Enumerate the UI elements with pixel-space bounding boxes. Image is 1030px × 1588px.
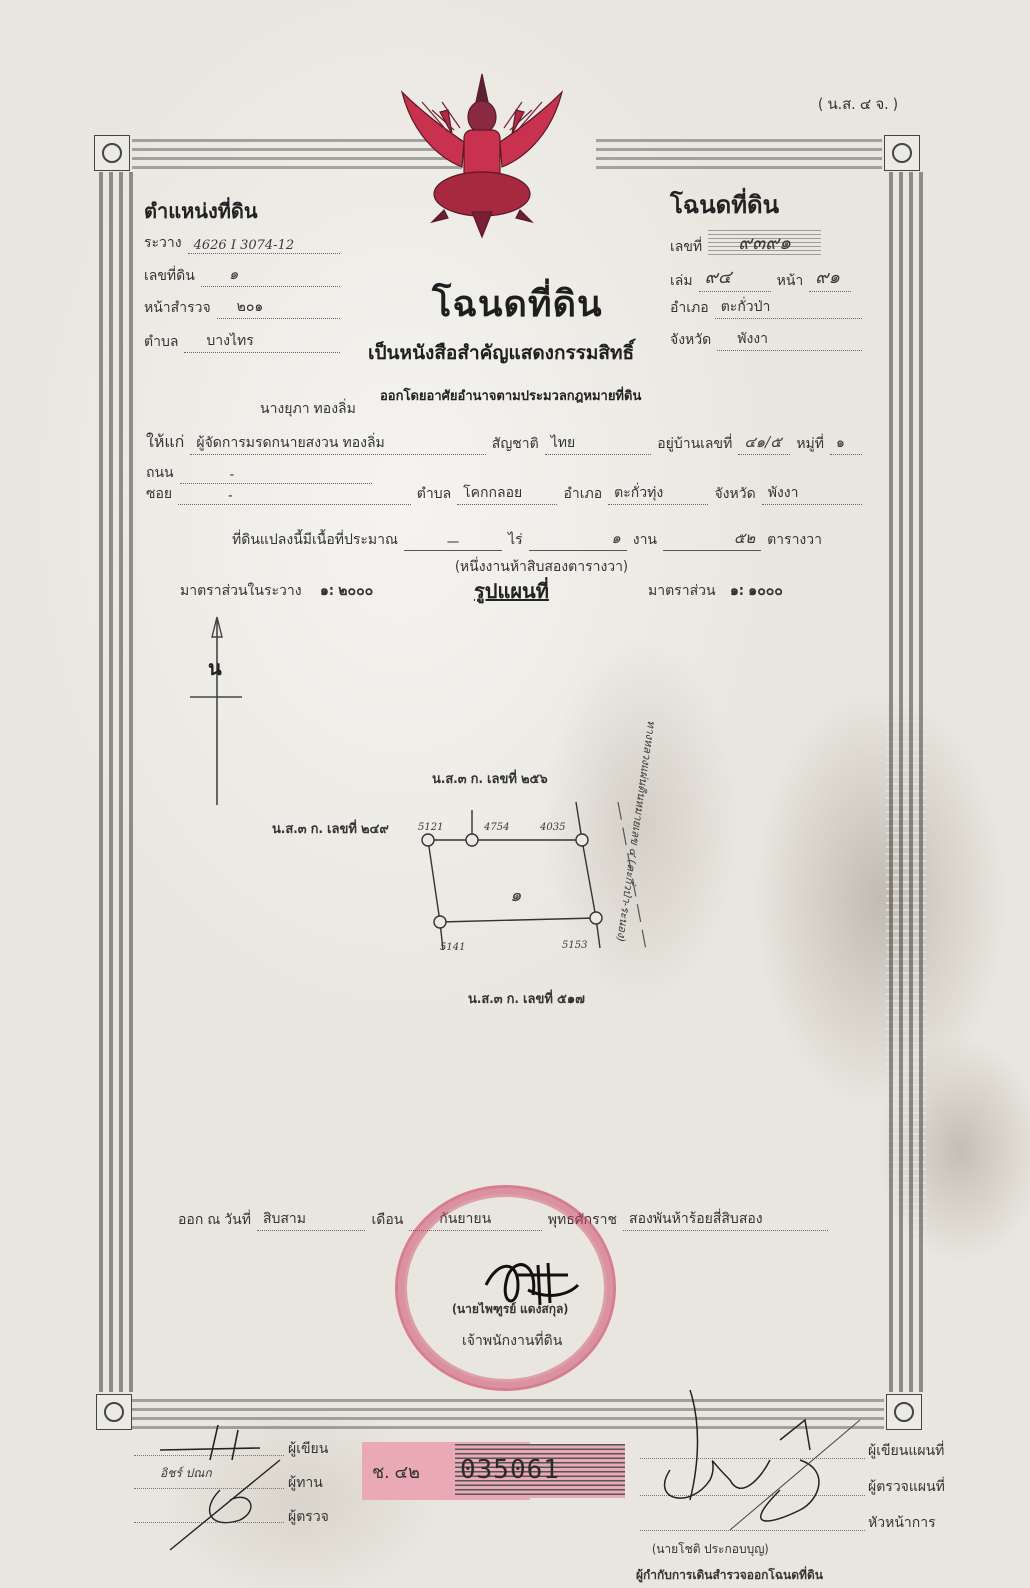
document-subtitle: เป็นหนังสือสำคัญแสดงกรรมสิทธิ์ xyxy=(368,338,634,368)
moo-value: ๑ xyxy=(830,432,862,455)
corner-ornament-bottom-right xyxy=(886,1394,922,1430)
issue-year: สองพันห้าร้อยสี่สิบสอง xyxy=(623,1208,828,1231)
field-volume-page: เล่ม ๙๔ หน้า ๙๑ xyxy=(670,262,862,292)
prior-owner-name: นางยุภา ทองลิ่ม xyxy=(260,398,356,420)
issue-day: สิบสาม xyxy=(257,1208,365,1231)
rai-value: — xyxy=(404,534,502,551)
corner-ornament-bottom-left xyxy=(96,1394,132,1430)
officer-title: เจ้าพนักงานที่ดิน xyxy=(462,1330,562,1352)
border-left xyxy=(96,172,136,1392)
tambon-value: โคกกลอย xyxy=(457,482,557,505)
scale-sheet-label: มาตราส่วนในระวาง xyxy=(180,580,302,602)
right-signatures xyxy=(630,1360,870,1550)
border-right xyxy=(886,172,926,1392)
scale-sheet-value: ๑: ๒๐๐๐ xyxy=(320,580,373,602)
marker-5121: 5121 xyxy=(418,822,443,833)
tambon-top-value: บางไทร xyxy=(184,330,340,353)
neighbor-north: น.ส.๓ ก. เลขที่ ๒๕๖ xyxy=(432,768,548,789)
ngan-value: ๑ xyxy=(529,526,627,551)
sig-label-map-checker: ผู้ตรวจแผนที่ xyxy=(868,1476,945,1498)
marker-4035: 4035 xyxy=(540,822,565,833)
survey-page-value: ๒๐๑ xyxy=(217,296,340,319)
land-location-heading: ตำแหน่งที่ดิน xyxy=(144,195,258,227)
map-chief-title: ผู้กำกับการเดินสำรวจออกโฉนดที่ดิน xyxy=(636,1566,823,1585)
marker-4754: 4754 xyxy=(484,822,509,833)
road-row: ถนน - xyxy=(146,462,372,484)
owner-name: ผู้จัดการมรดกนายสงวน ทองลิ่ม xyxy=(190,432,485,455)
left-signatures xyxy=(140,1420,300,1560)
road-edge-line xyxy=(616,800,656,1000)
border-top-right xyxy=(596,136,882,172)
form-code: ( น.ส. ๔ จ. ) xyxy=(818,92,898,116)
volume-value: ๙๔ xyxy=(699,262,771,292)
north-label: น xyxy=(208,652,222,684)
corner-ornament-top-right xyxy=(884,135,920,171)
amphoe-top-value: ตะกั่วป่า xyxy=(715,296,862,319)
field-map-sheet: ระวาง 4626 I 3074-12 xyxy=(144,232,340,254)
scale-value: ๑: ๑๐๐๐ xyxy=(730,580,783,602)
garuda-emblem-icon xyxy=(392,72,572,242)
field-parcel-number: เลขที่ดิน ๑ xyxy=(144,262,340,287)
map-heading: รูปแผนที่ xyxy=(474,575,549,607)
field-tambon-top: ตำบล บางไทร xyxy=(144,330,340,353)
area-row: ที่ดินแปลงนี้มีเนื้อที่ประมาณ — ไร่ ๑ งา… xyxy=(232,526,822,551)
map-sheet-value: 4626 I 3074-12 xyxy=(188,238,340,254)
deed-number-value: ๙๓๙๑ xyxy=(708,228,821,258)
field-province-top: จังหวัด พังงา xyxy=(670,328,862,351)
neighbor-south: น.ส.๓ ก. เลขที่ ๕๑๗ xyxy=(468,988,585,1009)
field-survey-page: หน้าสำรวจ ๒๐๑ xyxy=(144,296,340,319)
house-number-value: ๔๑/๕ xyxy=(738,430,790,455)
parcel-number-value: ๑ xyxy=(201,262,340,287)
document-title: โฉนดที่ดิน xyxy=(432,275,603,332)
serial-prefix: ช. ๔๒ xyxy=(372,1457,420,1486)
map-chief-name: (นายโชติ ประกอบบุญ) xyxy=(652,1540,769,1559)
page-value: ๙๑ xyxy=(809,262,851,292)
issued-by-text: ออกโดยอาศัยอำนาจตามประมวลกฎหมายที่ดิน xyxy=(380,385,641,406)
officer-name: (นายไพฑูรย์ แดงสกุล) xyxy=(452,1300,568,1319)
nationality-value: ไทย xyxy=(545,432,651,455)
province-value: พังงา xyxy=(762,482,862,505)
neighbor-west: น.ส.๓ ก. เลขที่ ๒๔๙ xyxy=(272,818,389,839)
marker-5141: 5141 xyxy=(440,942,465,953)
owner-row: ให้แก่ ผู้จัดการมรดกนายสงวน ทองลิ่ม สัญช… xyxy=(146,430,862,455)
address-row: ซอย - ตำบล โคกกลอย อำเภอ ตะกั่วทุ่ง จังห… xyxy=(146,482,862,505)
soi-value: - xyxy=(178,488,411,505)
sq-wa-value: ๕๒ xyxy=(663,526,761,551)
sig-label-map-writer: ผู้เขียนแผนที่ xyxy=(868,1440,944,1462)
north-arrow-icon xyxy=(180,615,250,815)
sig-label-chief: หัวหน้าการ xyxy=(868,1512,936,1534)
amphoe-value: ตะกั่วทุ่ง xyxy=(608,482,708,505)
field-deed-number: เลขที่ ๙๓๙๑ xyxy=(670,228,821,258)
deed-heading: โฉนดที่ดิน xyxy=(670,185,779,224)
parcel-number-label: ๑ xyxy=(510,880,521,909)
province-top-value: พังงา xyxy=(717,328,862,351)
scale-label: มาตราส่วน xyxy=(648,580,716,602)
field-amphoe-top: อำเภอ ตะกั่วป่า xyxy=(670,296,862,319)
serial-number: 035061 xyxy=(460,1455,560,1485)
marker-5153: 5153 xyxy=(562,940,587,951)
corner-ornament-top-left xyxy=(94,135,130,171)
